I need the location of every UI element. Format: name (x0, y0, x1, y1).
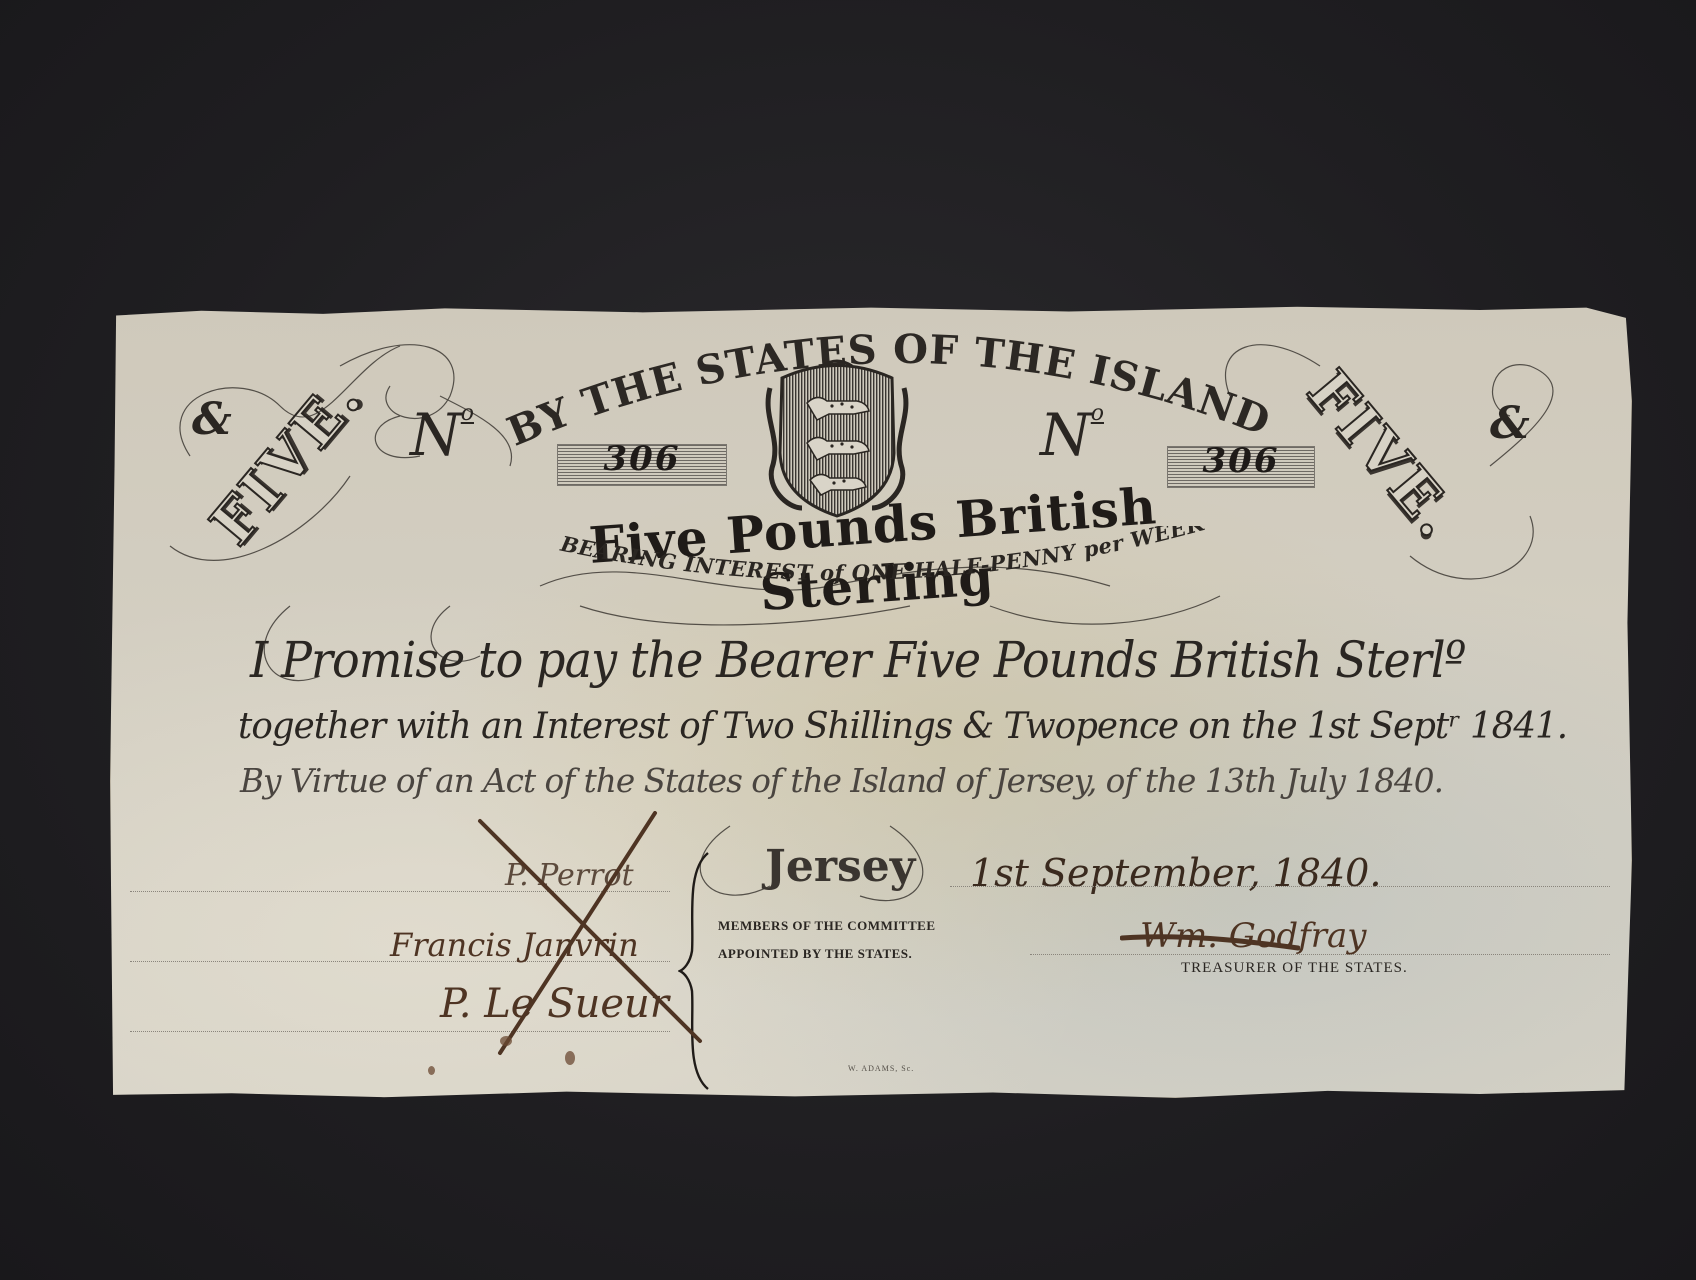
bearing-interest-text: BEARING INTEREST of ONE HALF-PENNY per W… (530, 526, 1208, 585)
ink-stain (565, 1051, 575, 1065)
ink-stain (428, 1066, 435, 1075)
number-superscript: o (461, 401, 474, 426)
cancellation-cross-icon (440, 811, 710, 1061)
serial-number-box-left: 306 (557, 444, 727, 486)
committee-label-2: APPOINTED BY THE STATES. (718, 946, 912, 962)
promise-line-3: By Virtue of an Act of the States of the… (240, 761, 1443, 800)
number-label: N (410, 401, 461, 469)
treasurer-cancellation-strike-icon (1120, 926, 1300, 956)
banknote: BY THE STATES OF THE ISLAND OF JERSEY. F… (110, 306, 1632, 1098)
promise-line-1: I Promise to pay the Bearer Five Pounds … (250, 631, 1465, 689)
promise-line-2: together with an Interest of Two Shillin… (238, 706, 1567, 747)
ink-stain (500, 1036, 512, 1046)
handwritten-issue-date: 1st September, 1840. (970, 851, 1381, 895)
serial-number-label-right: No (1040, 401, 1104, 469)
number-label: N (1040, 401, 1091, 469)
place-jersey: Jersey (765, 841, 915, 892)
bearing-interest-line: BEARING INTEREST of ONE HALF-PENNY per W… (530, 526, 1210, 616)
serial-number-label-left: No (410, 401, 474, 469)
number-superscript: o (1091, 401, 1104, 426)
committee-label-1: MEMBERS OF THE COMMITTEE (718, 918, 936, 934)
svg-text:BEARING INTEREST of ONE HALF-P: BEARING INTEREST of ONE HALF-PENNY per W… (530, 526, 1208, 585)
date-line (950, 886, 1610, 887)
treasurer-label: TREASURER OF THE STATES. (1181, 960, 1408, 977)
engraver-imprint: W. ADAMS, Sc. (848, 1064, 914, 1073)
serial-number-left: 306 (558, 439, 726, 479)
